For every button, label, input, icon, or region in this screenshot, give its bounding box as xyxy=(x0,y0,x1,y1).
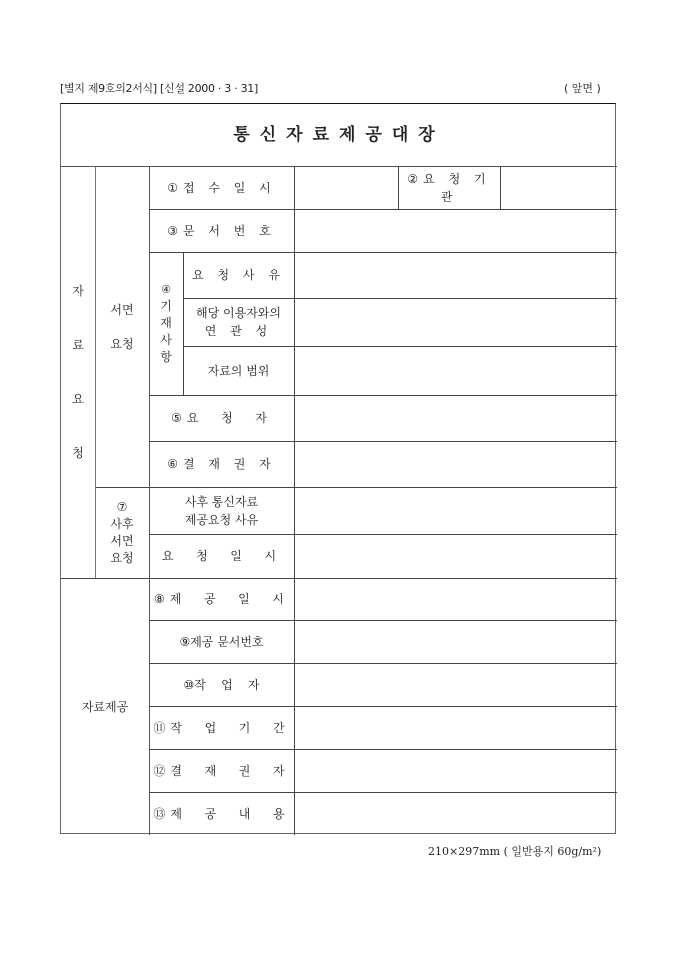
label-line: 해당 이용자와의 xyxy=(196,304,281,322)
worker-label: ⑩작 업 자 xyxy=(149,663,294,706)
label-line: 제공요청 사유 xyxy=(185,511,258,529)
label-line: 사후 통신자료 xyxy=(185,493,258,511)
label-char: 료 xyxy=(72,336,84,354)
written-request-label: 서면 요청 xyxy=(95,166,149,487)
label-char: 자 xyxy=(72,282,84,300)
label-line: 사후 xyxy=(110,516,133,533)
work-period-input[interactable] xyxy=(295,707,615,749)
requester-input[interactable] xyxy=(295,396,615,441)
label-num: ④ xyxy=(161,281,171,298)
label-char: 재 xyxy=(160,315,172,332)
section-data-request-label: 자 료 요 청 xyxy=(61,166,95,578)
communication-data-register-form: 통신자료제공대장 자 료 요 청 서면 요청 ①접 수 일 시 ②요 청 기 관… xyxy=(60,103,616,834)
section-data-provision-label: 자료제공 xyxy=(61,578,149,835)
form-reference: [별지 제9호의2서식] [신설 2000 · 3 · 31] xyxy=(60,80,258,96)
label-char: 청 xyxy=(72,444,84,462)
provide-approver-input[interactable] xyxy=(295,750,615,792)
page-side-label: ( 앞면 ) xyxy=(564,80,601,96)
provide-doc-number-label: ⑨제공 문서번호 xyxy=(149,620,294,663)
request-datetime-label: 요 청 일 시 xyxy=(149,534,294,578)
approver-label: ⑥결 재 권 자 xyxy=(149,441,294,487)
label-line: 요청 xyxy=(110,335,133,353)
receipt-datetime-label: ①접 수 일 시 xyxy=(149,166,294,209)
paper-spec-footer: 210×297mm ( 일반용지 60g/m²) xyxy=(428,843,601,859)
post-request-reason-label: 사후 통신자료 제공요청 사유 xyxy=(149,487,294,534)
work-period-label: ⑪작 업 기 간 xyxy=(149,706,294,749)
worker-input[interactable] xyxy=(295,664,615,706)
label-line: 서면 xyxy=(110,533,133,550)
label-num: ⑦ xyxy=(117,499,128,516)
data-scope-input[interactable] xyxy=(295,347,615,395)
label-line: 연 관 성 xyxy=(205,322,272,340)
approver-input[interactable] xyxy=(295,442,615,487)
label-line: 요청 xyxy=(110,550,133,567)
provide-approver-label: ⑫결 재 권 자 xyxy=(149,749,294,792)
requesting-agency-input[interactable] xyxy=(501,167,615,209)
label-char: 기 xyxy=(160,298,172,315)
label-line: 서면 xyxy=(110,301,133,319)
provide-content-input[interactable] xyxy=(295,793,615,834)
post-written-request-label: ⑦ 사후 서면 요청 xyxy=(95,487,149,578)
provide-datetime-label: ⑧제 공 일 시 xyxy=(149,578,294,620)
document-number-input[interactable] xyxy=(295,210,615,252)
receipt-datetime-input[interactable] xyxy=(295,167,398,209)
user-relation-label: 해당 이용자와의 연 관 성 xyxy=(183,298,294,346)
label-char: 사 xyxy=(160,332,172,349)
provide-datetime-input[interactable] xyxy=(295,579,615,620)
request-datetime-input[interactable] xyxy=(295,535,615,578)
label-char: 항 xyxy=(160,349,172,366)
requester-label: ⑤요 청 자 xyxy=(149,395,294,441)
data-scope-label: 자료의 범위 xyxy=(183,346,294,395)
request-reason-input[interactable] xyxy=(295,253,615,298)
entry-items-label: ④ 기 재 사 항 xyxy=(149,252,183,395)
document-number-label: ③문 서 번 호 xyxy=(149,209,294,252)
provide-content-label: ⑬제 공 내 용 xyxy=(149,792,294,835)
post-request-reason-input[interactable] xyxy=(295,488,615,534)
request-reason-label: 요 청 사 유 xyxy=(183,252,294,298)
requesting-agency-label: ②요 청 기 관 xyxy=(398,166,500,209)
form-title: 통신자료제공대장 xyxy=(61,104,617,166)
user-relation-input[interactable] xyxy=(295,299,615,346)
label-char: 요 xyxy=(72,390,84,408)
provide-doc-number-input[interactable] xyxy=(295,621,615,663)
